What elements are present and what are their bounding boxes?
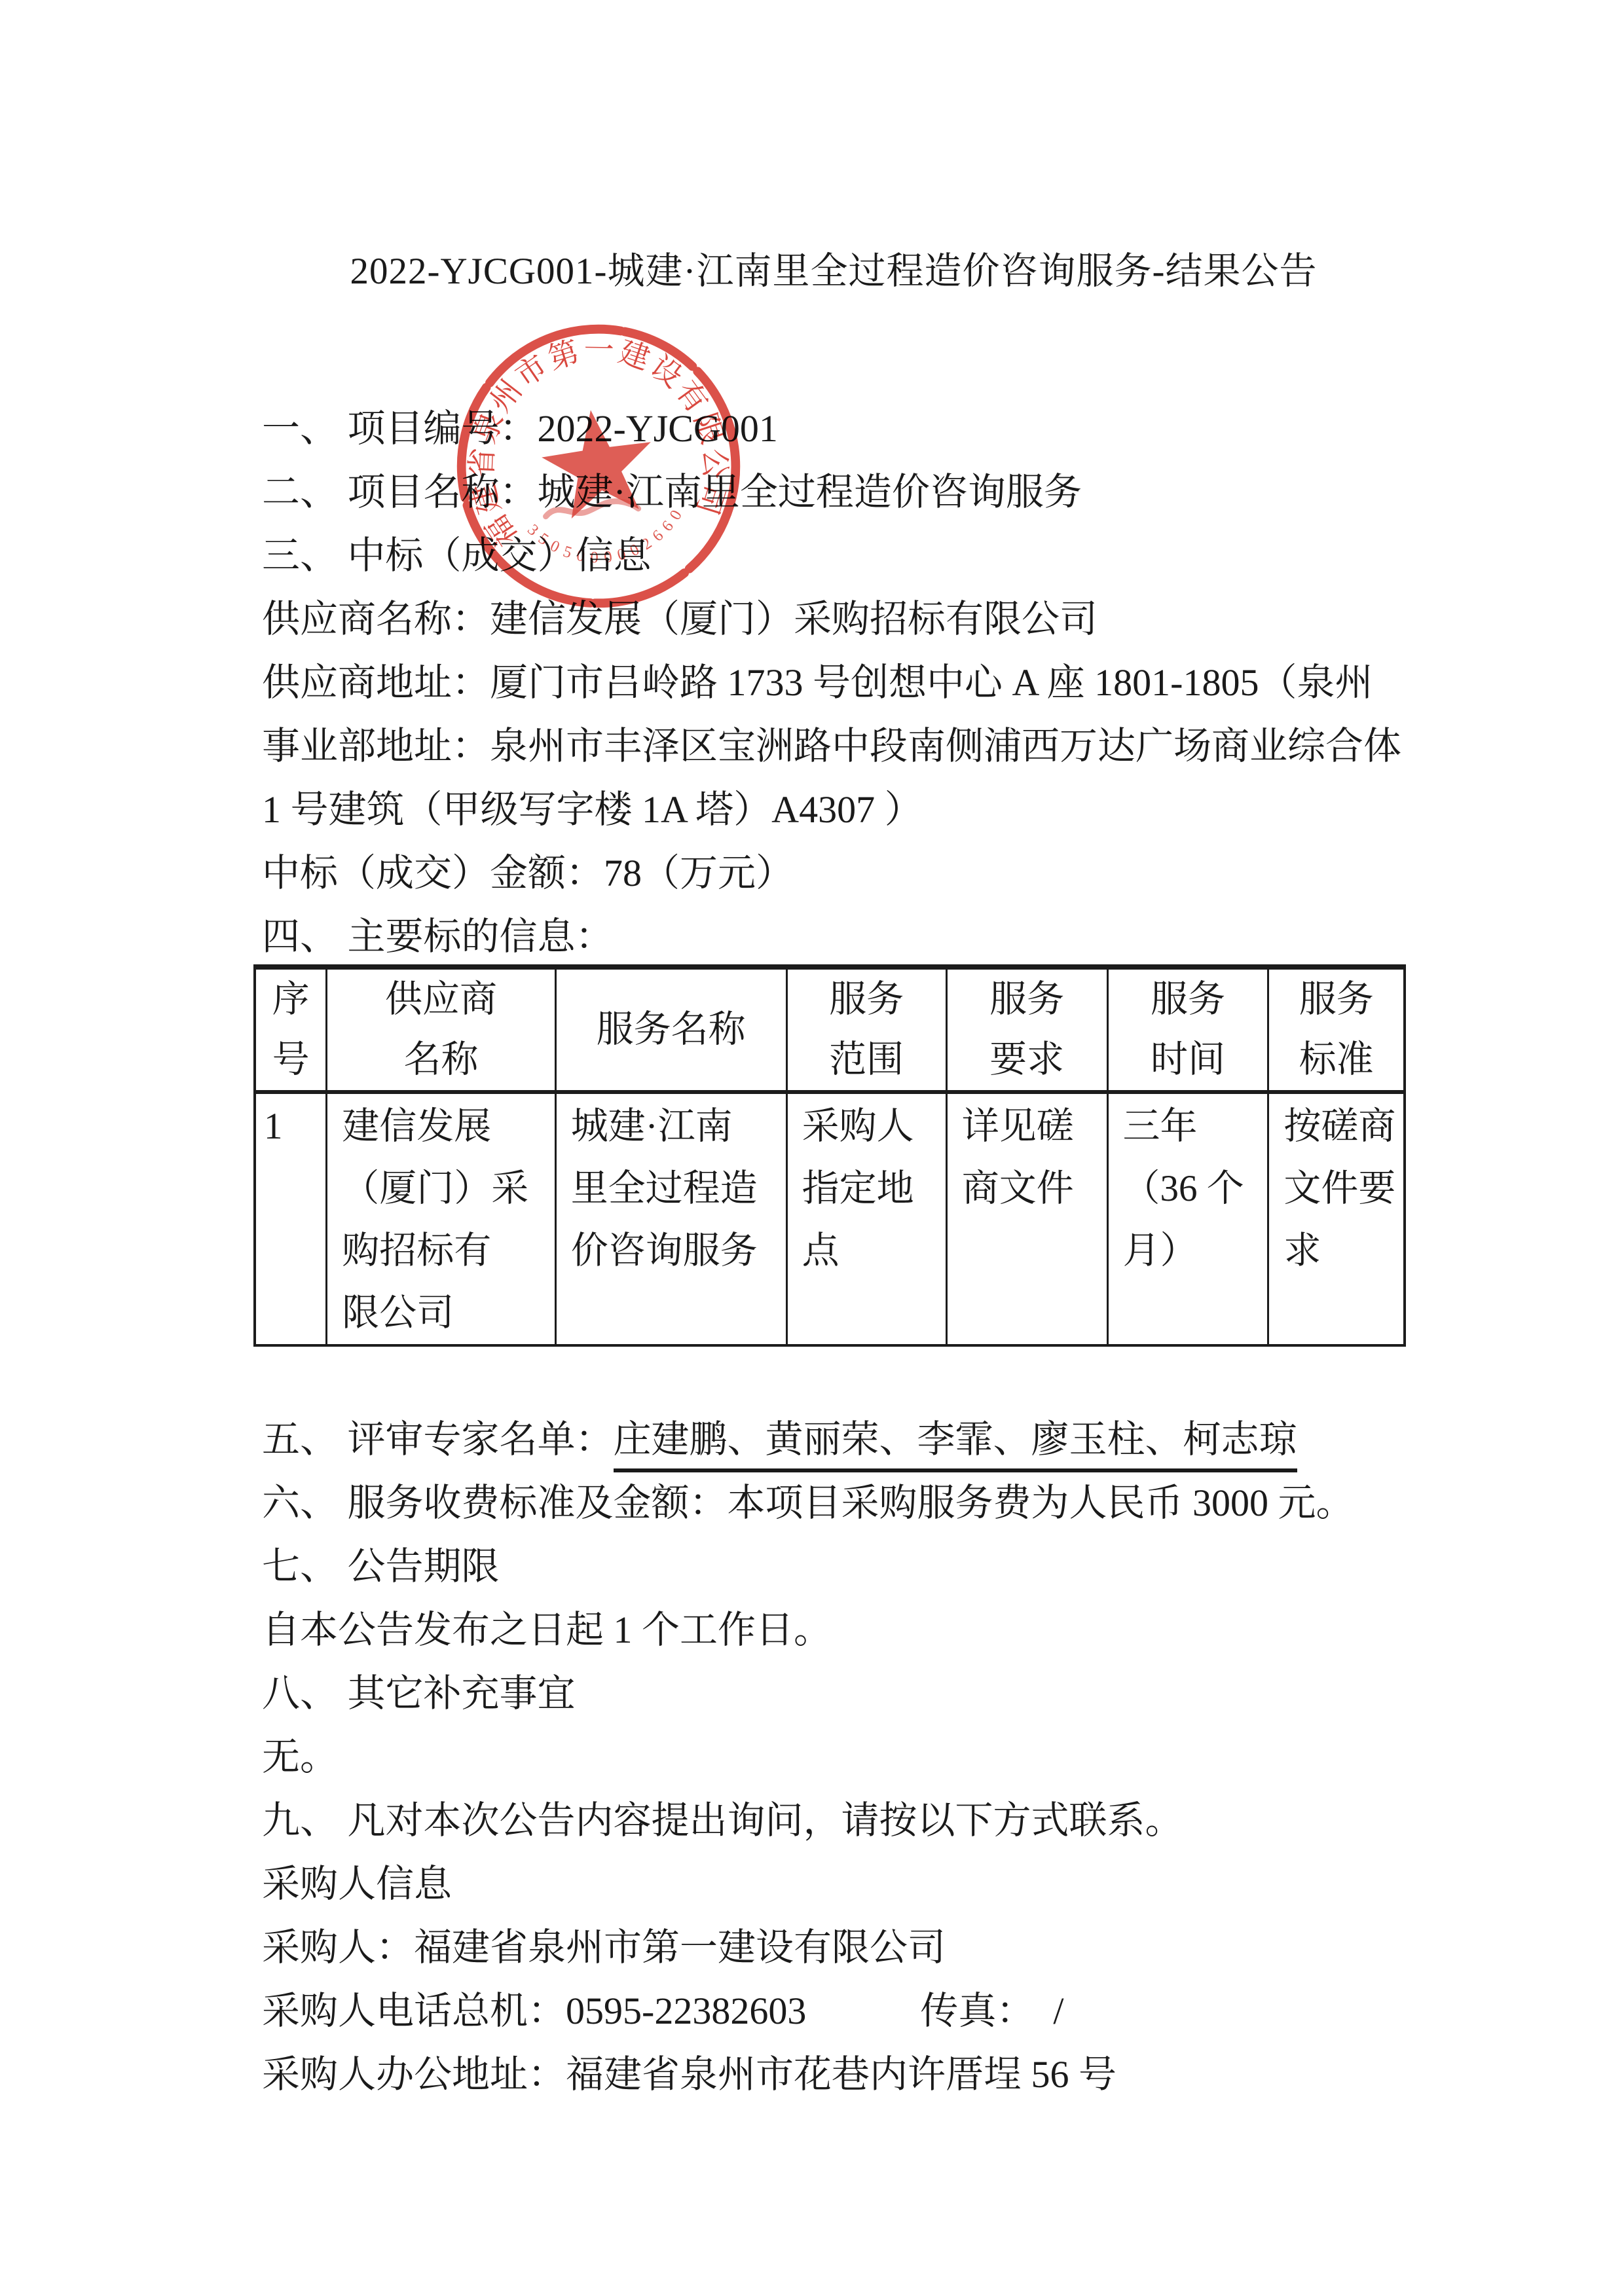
cell-seq: 1 bbox=[255, 1092, 327, 1345]
award-amount-line: 中标（成交）金额：78（万元） bbox=[262, 841, 1405, 905]
cell-service-standard: 按磋商 文件要 求 bbox=[1268, 1092, 1405, 1345]
fee-line: 六、 服务收费标准及金额：本项目采购服务费为人民币 3000 元。 bbox=[262, 1471, 1405, 1535]
header-service-standard: 服务 标准 bbox=[1268, 967, 1405, 1092]
supplier-address-line: 供应商地址：厦门市吕岭路 1733 号创想中心 A 座 1801-1805（泉州 bbox=[262, 651, 1405, 714]
notice-period-line: 自本公告发布之日起 1 个工作日。 bbox=[262, 1598, 1405, 1662]
experts-line: 五、 评审专家名单：庄建鹏、黄丽荣、李霏、廖玉柱、柯志琼 bbox=[262, 1408, 1405, 1471]
header-service-time: 服务 时间 bbox=[1107, 967, 1268, 1092]
cell-service-name: 城建·江南 里全过程造 价咨询服务 bbox=[555, 1092, 786, 1345]
supplementary-heading: 八、 其它补充事宜 bbox=[262, 1662, 1405, 1725]
table-row: 1 建信发展 （厦门）采 购招标有 限公司 城建·江南 里全过程造 价咨询服务 … bbox=[255, 1092, 1405, 1345]
division-address-line: 事业部地址：泉州市丰泽区宝洲路中段南侧浦西万达广场商业综合体 bbox=[262, 714, 1405, 778]
inquiry-contact-line: 九、 凡对本次公告内容提出询问，请按以下方式联系。 bbox=[262, 1789, 1405, 1852]
purchaser-info-heading: 采购人信息 bbox=[262, 1852, 1405, 1916]
document-content: 2022-YJCG001-城建·江南里全过程造价咨询服务-结果公告 一、 项目编… bbox=[262, 0, 1405, 2106]
experts-names: 庄建鹏、黄丽荣、李霏、廖玉柱、柯志琼 bbox=[614, 1418, 1297, 1472]
cell-service-scope: 采购人 指定地 点 bbox=[786, 1092, 946, 1345]
notice-period-heading: 七、 公告期限 bbox=[262, 1535, 1405, 1598]
experts-label: 五、 评审专家名单： bbox=[262, 1418, 614, 1461]
results-table: 序 号 供应商 名称 服务名称 服务 范围 服务 要求 服务 时间 服务 标准 … bbox=[253, 964, 1406, 1347]
header-service-name: 服务名称 bbox=[555, 967, 786, 1092]
cell-service-time: 三年 （36 个 月） bbox=[1107, 1092, 1268, 1345]
scanned-document-page: 2022-YJCG001-城建·江南里全过程造价咨询服务-结果公告 一、 项目编… bbox=[0, 0, 1624, 2296]
purchaser-office-address-line: 采购人办公地址：福建省泉州市花巷内许厝埕 56 号 bbox=[262, 2043, 1405, 2106]
subject-info-heading: 四、 主要标的信息： bbox=[262, 905, 1405, 968]
address-continued-line: 1 号建筑（甲级写字楼 1A 塔）A4307 ） bbox=[262, 778, 1405, 841]
header-service-require: 服务 要求 bbox=[946, 967, 1107, 1092]
header-seq: 序 号 bbox=[255, 967, 327, 1092]
supplementary-none-line: 无。 bbox=[262, 1725, 1405, 1789]
supplier-name-line: 供应商名称：建信发展（厦门）采购招标有限公司 bbox=[262, 587, 1405, 651]
header-supplier: 供应商 名称 bbox=[327, 967, 555, 1092]
purchaser-phone-fax-line: 采购人电话总机：0595-22382603 传真： / bbox=[262, 1979, 1405, 2043]
project-number-line: 一、 项目编号：2022-YJCG001 bbox=[262, 397, 1405, 460]
project-name-line: 二、 项目名称：城建·江南里全过程造价咨询服务 bbox=[262, 460, 1405, 524]
cell-supplier: 建信发展 （厦门）采 购招标有 限公司 bbox=[327, 1092, 555, 1345]
award-info-heading: 三、 中标（成交）信息 bbox=[262, 524, 1405, 587]
header-service-scope: 服务 范围 bbox=[786, 967, 946, 1092]
document-title: 2022-YJCG001-城建·江南里全过程造价咨询服务-结果公告 bbox=[262, 240, 1405, 304]
cell-service-require: 详见磋 商文件 bbox=[946, 1092, 1107, 1345]
purchaser-name-line: 采购人：福建省泉州市第一建设有限公司 bbox=[262, 1916, 1405, 1979]
table-header-row: 序 号 供应商 名称 服务名称 服务 范围 服务 要求 服务 时间 服务 标准 bbox=[255, 967, 1405, 1092]
